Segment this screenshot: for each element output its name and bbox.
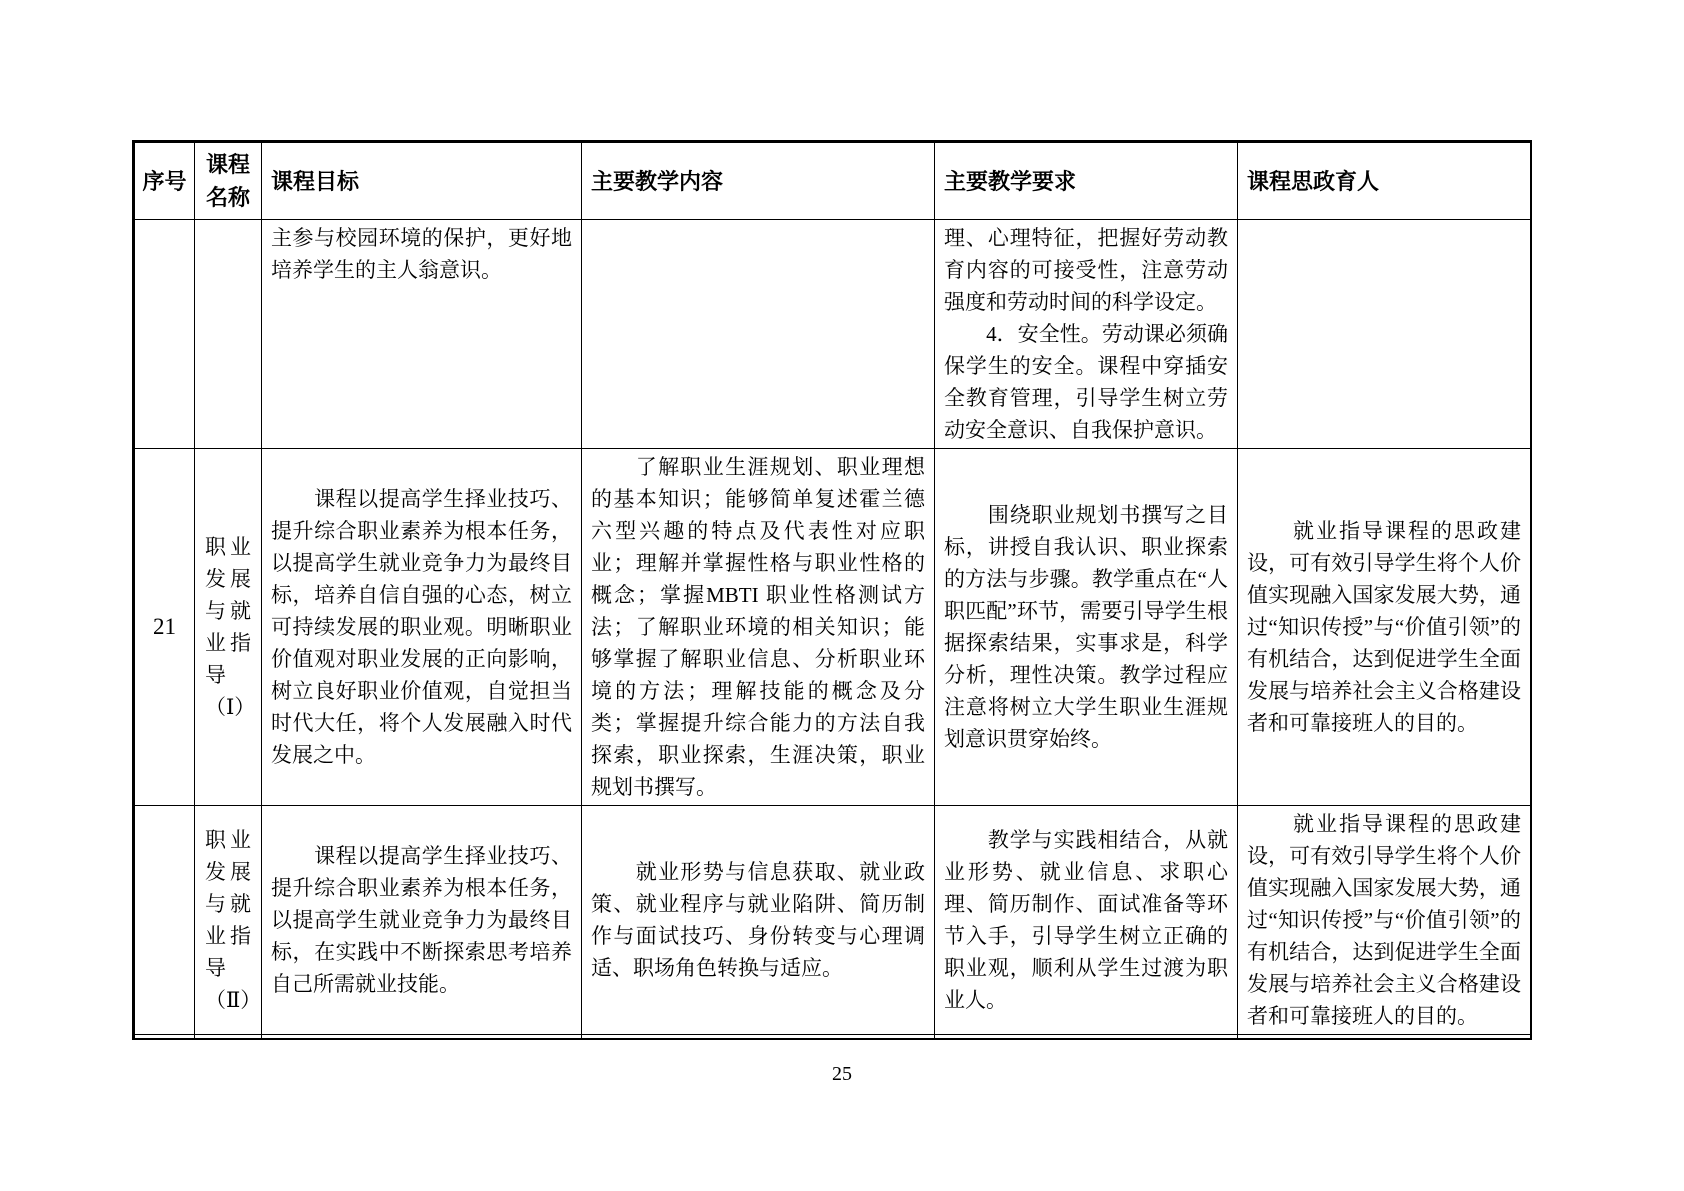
header-requirement: 主要教学要求	[935, 143, 1238, 220]
header-course-name: 课程名称	[195, 143, 262, 220]
cell-ideology: 本课程以操作性学习为基本特征，着力帮助学生建立正	[1238, 1035, 1531, 1041]
cell-ideology: 就业指导课程的思政建设，可有效引导学生将个人价值实现融入国家发展大势，通过“知识…	[1238, 806, 1531, 1035]
cell-seq: 22	[135, 1035, 195, 1041]
cell-requirement: 围绕职业规划书撰写之目标，讲授自我认识、职业探索的方法与步骤。教学重点在“人职匹…	[935, 449, 1238, 806]
cell-seq: 21	[135, 449, 195, 806]
header-content: 主要教学内容	[582, 143, 935, 220]
cell-content	[582, 220, 935, 449]
cell-content: 包括但不限于社团工作、社区劳动、志愿服务、科学探索、实验实训	[582, 1035, 935, 1041]
course-table: 序号 课程名称 课程目标 主要教学内容 主要教学要求 课程思政育人 主参与校园环…	[134, 142, 1531, 1040]
table-row-career-2: 职业发展与就业指导（Ⅱ） 课程以提高学生择业技巧、提升综合职业素养为根本任务，以…	[135, 806, 1531, 1035]
table-row-continuation: 主参与校园环境的保护，更好地培养学生的主人翁意识。 理、心理特征，把握好劳动教育…	[135, 220, 1531, 449]
cell-seq	[135, 220, 195, 449]
cell-objective: 课程以提高学生择业技巧、提升综合职业素养为根本任务，以提高学生就业竞争力为最终目…	[262, 806, 582, 1035]
cell-course-name: 职业发展与就业指导（Ⅰ）	[195, 449, 262, 806]
cell-objective: 课程以提高学生择业技巧、提升综合职业素养为根本任务，以提高学生就业竞争力为最终目…	[262, 449, 582, 806]
table-row-21: 21 职业发展与就业指导（Ⅰ） 课程以提高学生择业技巧、提升综合职业素养为根本任…	[135, 449, 1531, 806]
cell-requirement: 教学与实践相结合，从就业形势、就业信息、求职心理、简历制作、面试准备等环节入手，…	[935, 806, 1238, 1035]
cell-course-name: 劳动教育	[195, 1035, 262, 1041]
cell-requirement: 理、心理特征，把握好劳动教育内容的可接受性，注意劳动强度和劳动时间的科学设定。 …	[935, 220, 1238, 449]
header-seq: 序号	[135, 143, 195, 220]
document-page: 序号 课程名称 课程目标 主要教学内容 主要教学要求 课程思政育人 主参与校园环…	[0, 0, 1684, 1191]
cell-requirement: 1．建立长效工作机制和规范管理流程，明确“立德树人”	[935, 1035, 1238, 1041]
table-row-22: 22 劳动教育 1．培养学生的自我管理及劳动实践能力，促进学生形成鲜明 包括但不…	[135, 1035, 1531, 1041]
header-objective: 课程目标	[262, 143, 582, 220]
cell-ideology: 就业指导课程的思政建设，可有效引导学生将个人价值实现融入国家发展大势，通过“知识…	[1238, 449, 1531, 806]
page-number: 25	[0, 1062, 1684, 1086]
cell-seq	[135, 806, 195, 1035]
header-ideology: 课程思政育人	[1238, 143, 1531, 220]
cell-course-name	[195, 220, 262, 449]
cell-course-name: 职业发展与就业指导（Ⅱ）	[195, 806, 262, 1035]
cell-content: 了解职业生涯规划、职业理想的基本知识；能够简单复述霍兰德六型兴趣的特点及代表性对…	[582, 449, 935, 806]
cell-objective: 主参与校园环境的保护，更好地培养学生的主人翁意识。	[262, 220, 582, 449]
course-table-container: 序号 课程名称 课程目标 主要教学内容 主要教学要求 课程思政育人 主参与校园环…	[132, 140, 1532, 1040]
table-header-row: 序号 课程名称 课程目标 主要教学内容 主要教学要求 课程思政育人	[135, 143, 1531, 220]
cell-content: 就业形势与信息获取、就业政策、就业程序与就业陷阱、简历制作与面试技巧、身份转变与…	[582, 806, 935, 1035]
cell-objective: 1．培养学生的自我管理及劳动实践能力，促进学生形成鲜明	[262, 1035, 582, 1041]
cell-ideology	[1238, 220, 1531, 449]
